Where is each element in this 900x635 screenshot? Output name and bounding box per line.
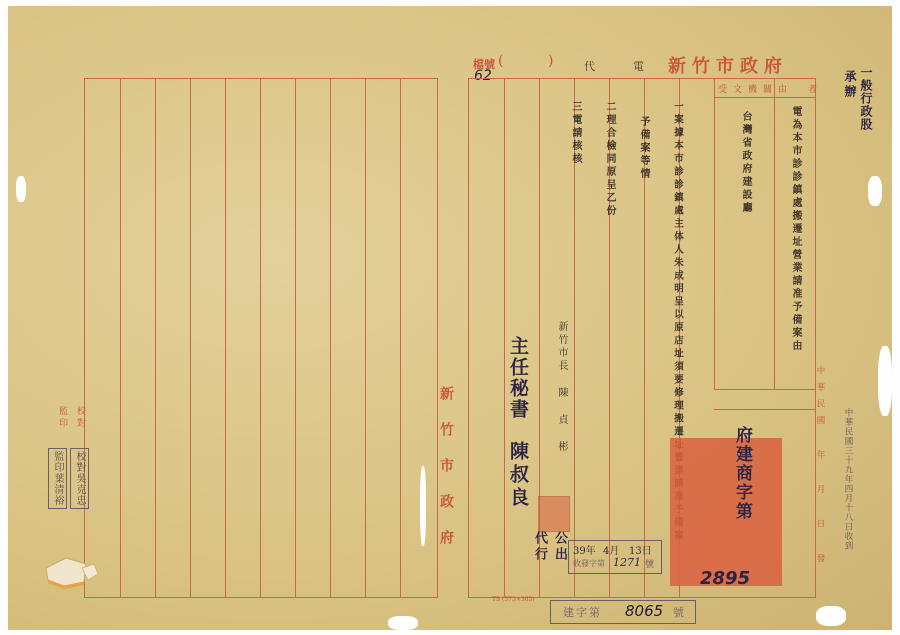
document-title: 新竹市政府 <box>668 52 788 78</box>
paper-tear <box>420 466 426 546</box>
date-year: 39年 <box>573 542 596 557</box>
paper-tear <box>868 176 882 206</box>
body-item-1-cont: 予備案等情 <box>636 116 651 181</box>
paper-tear <box>816 606 846 626</box>
dai-char: 代 <box>584 58 595 74</box>
left-ruled-grid <box>84 78 438 598</box>
paper-tear <box>388 616 418 630</box>
bottom-number-stamp: 建字第 8065 號 <box>550 600 696 624</box>
bottom-stamp-suffix: 號 <box>673 604 684 620</box>
paper-tear <box>16 176 26 202</box>
proofread-stamp: 校對吳克忠 <box>70 448 89 509</box>
dian-char: 電 <box>633 58 644 74</box>
recipient-text: 台灣省政府建設廳 <box>738 111 753 215</box>
top-right-side-note: 承辦 <box>842 70 859 100</box>
date-stamp-number: 1271 <box>613 556 641 569</box>
date-stamp-label: 收發字第 <box>573 558 605 569</box>
acting-mark: 代行 <box>530 531 549 563</box>
bottom-stamp-prefix: 建字第 <box>563 604 602 620</box>
mayor-line: 新竹市長 陳 貞 彬 <box>554 321 569 454</box>
seal-stamp: 監印葉清裕 <box>48 448 67 509</box>
bottom-stamp-number: 8065 <box>625 602 663 620</box>
issue-word-handwritten: 府建商字第 <box>730 426 755 521</box>
file-no-parens: ( ) <box>498 53 553 69</box>
date-stamp: 39年 4月 13日 收發字第 1271 號 <box>568 540 662 574</box>
issue-number-handwritten: 2895 <box>700 568 750 589</box>
secretary-title: 主任秘書 <box>505 336 532 420</box>
issue-date-label: 中華民國 年 月 日 發 <box>814 366 826 570</box>
body-item-2: 二理合檢同原呈乙份 <box>602 101 617 218</box>
document-paper: 新竹市政府 代 代 電 檔號 ( ) 62 新竹市政府 受文機關 由 者 <box>8 6 892 630</box>
date-month: 4月 <box>603 542 619 557</box>
archive-logo-icon <box>36 546 106 596</box>
subject-header: 由 <box>778 82 787 95</box>
recipient-col-header: 受文機關 <box>718 82 778 95</box>
date-stamp-suffix: 號 <box>645 557 654 570</box>
secretary-name: 陳叔良 <box>505 441 532 510</box>
government-seal <box>670 438 782 586</box>
received-stamp: 中華民國三十九年四月十八日收到 <box>842 408 854 551</box>
seal-label: 監印 <box>56 406 69 430</box>
paper-tear <box>878 346 892 416</box>
public-out-mark: 公出 <box>550 531 569 563</box>
mayor-seal <box>538 496 570 532</box>
city-government-vertical: 新竹市政府 <box>436 386 456 566</box>
subject-text: 電為本市診診鎮處搬遷址營業請准予備案由 <box>788 106 803 353</box>
top-right-annotation: 一般行政股 <box>858 66 875 131</box>
date-day: 13日 <box>629 542 652 557</box>
proofread-label: 校對 <box>74 406 87 430</box>
form-code: TS (373×365) <box>492 596 535 603</box>
recipient-header: 者 <box>808 82 817 95</box>
body-item-3: 三電請核核 <box>568 101 583 166</box>
